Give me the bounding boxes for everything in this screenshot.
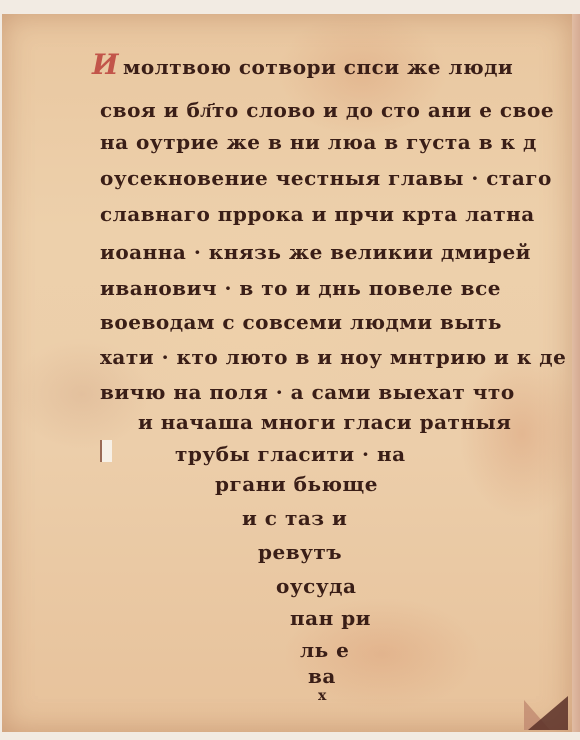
manuscript-line-6: иоанна · князь же великии дмирей: [100, 240, 531, 264]
manuscript-line-17: пан ри: [290, 606, 371, 630]
manuscript-line-18: ль е: [300, 638, 349, 662]
manuscript-text: Имолтвою сотвори спси же люди своя и бл҃…: [0, 0, 580, 740]
manuscript-line-15: ревутъ: [258, 540, 342, 564]
illuminated-initial: И: [92, 48, 119, 81]
manuscript-line-12: трубы гласити · на: [175, 442, 406, 466]
manuscript-line-4: оусекновение честныя главы · стаго: [100, 166, 552, 190]
manuscript-line-9: хати · кто люто в и ноу мнтрию и к де: [100, 345, 566, 369]
manuscript-line-14: и с таз и: [242, 506, 347, 530]
manuscript-line-5: славнаго пррока и прчи крта латна: [100, 202, 535, 226]
manuscript-line-19: ва: [308, 664, 336, 688]
manuscript-line-16: оусуда: [276, 574, 356, 598]
line-text: молтвою сотвори спси же люди: [123, 55, 513, 79]
manuscript-line-13: ргани бьюще: [215, 472, 378, 496]
manuscript-line-7: иванович · в то и днь повеле все: [100, 276, 501, 300]
manuscript-line-11: и начаша многи гласи ратныя: [138, 410, 511, 434]
manuscript-line-8: воеводам с совсеми людми выть: [100, 310, 502, 334]
manuscript-line-3: на оутрие же в ни люа в густа в к д: [100, 130, 537, 154]
manuscript-line-1: Имолтвою сотвори спси же люди: [92, 48, 513, 81]
manuscript-line-10: вичю на поля · а сами выехат что: [100, 380, 515, 404]
manuscript-end-mark: х: [318, 688, 327, 704]
manuscript-line-2: своя и бл҃то слово и до сто ани е свое: [100, 98, 554, 123]
